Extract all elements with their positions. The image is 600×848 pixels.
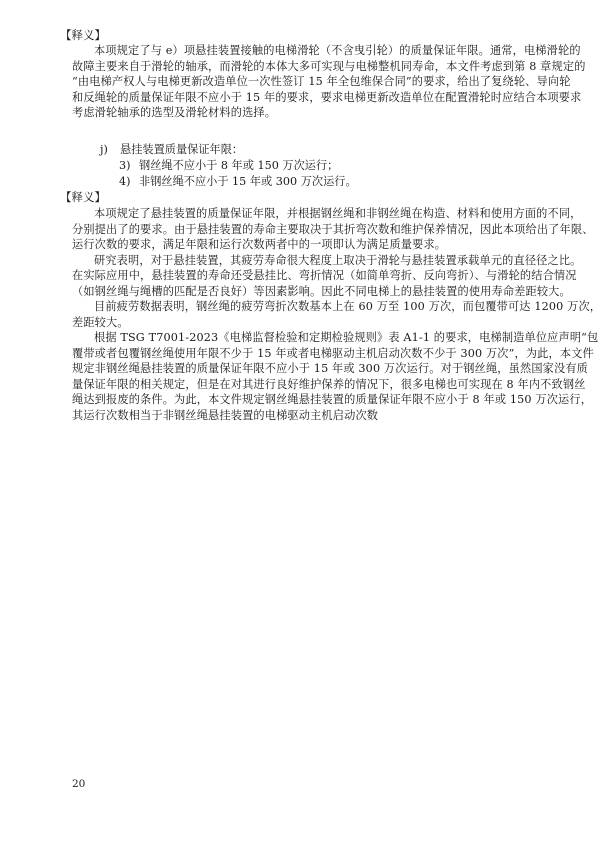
item-marker: 4) bbox=[119, 174, 139, 190]
paragraph-line: 和反绳轮的质量保证年限不应小于 15 年的要求，要求电梯更新改造单位在配置滑轮时… bbox=[72, 90, 540, 106]
paragraph-line: 其运行次数相当于非钢丝绳悬挂装置的电梯驱动主机启动次数 bbox=[72, 408, 540, 424]
document-page: 【释义】 本项规定了与 e）项悬挂装置接触的电梯滑轮（不含曳引轮）的质量保证年限… bbox=[0, 0, 600, 848]
paragraph-line: 根据 TSG T7001-2023《电梯监督检验和定期检验规则》表 A1-1 的… bbox=[72, 330, 540, 346]
paragraph-line: 规定非钢丝绳悬挂装置的质量保证年限不应小于 15 年或 300 万次运行。对于钢… bbox=[72, 361, 540, 377]
clause-marker: j) bbox=[100, 142, 120, 158]
paragraph-line: 研究表明，对于悬挂装置，其疲劳寿命很大程度上取决于滑轮与悬挂装置承载单元的直径径… bbox=[72, 253, 540, 269]
paragraph-line: “由电梯产权人与电梯更新改造单位一次性签订 15 年全包维保合同”的要求，给出了… bbox=[72, 74, 540, 90]
explanation-heading-1: 【释义】 bbox=[60, 28, 106, 44]
paragraph-line: 故障主要来自于滑轮的轴承，而滑轮的本体大多可实现与电梯整机同寿命，本文件考虑到第… bbox=[72, 59, 540, 75]
paragraph-line: 本项规定了与 e）项悬挂装置接触的电梯滑轮（不含曳引轮）的质量保证年限。通常，电… bbox=[72, 43, 540, 59]
paragraph-line: 覆带或者包覆钢丝绳使用年限不少于 15 年或者电梯驱动主机启动次数不少于 300… bbox=[72, 346, 540, 362]
paragraph-line: 分别提出了的要求。由于悬挂装置的寿命主要取决于其折弯次数和维护保养情况，因此本项… bbox=[72, 222, 540, 238]
paragraph-line: 运行次数的要求，满足年限和运行次数两者中的一项即认为满足质量要求。 bbox=[72, 237, 540, 253]
paragraph-line: 绳达到报废的条件。为此，本文件规定钢丝绳悬挂装置的质量保证年限不应小于 8 年或… bbox=[72, 392, 540, 408]
clause-item: 4)非钢丝绳不应小于 15 年或 300 万次运行。 bbox=[119, 174, 357, 190]
page-number: 20 bbox=[72, 778, 85, 790]
item-marker: 3) bbox=[119, 158, 139, 174]
item-text: 非钢丝绳不应小于 15 年或 300 万次运行。 bbox=[139, 175, 357, 188]
paragraph-line: （如钢丝绳与绳槽的匹配是否良好）等因素影响。因此不同电梯上的悬挂装置的使用寿命差… bbox=[72, 284, 540, 300]
paragraph-line: 差距较大。 bbox=[72, 315, 540, 331]
paragraph-line: 考虑滑轮轴承的选型及滑轮材料的选择。 bbox=[72, 105, 540, 121]
clause-title: 悬挂装置质量保证年限： bbox=[120, 143, 243, 156]
paragraph-line: 在实际应用中，悬挂装置的寿命还受悬挂比、弯折情况（如简单弯折、反向弯折）、与滑轮… bbox=[72, 268, 540, 284]
paragraph-line: 本项规定了悬挂装置的质量保证年限，并根据钢丝绳和非钢丝绳在构造、材料和使用方面的… bbox=[72, 206, 540, 222]
item-text: 钢丝绳不应小于 8 年或 150 万次运行； bbox=[139, 159, 338, 172]
explanation-heading-2: 【释义】 bbox=[60, 190, 106, 206]
clause-item: 3)钢丝绳不应小于 8 年或 150 万次运行； bbox=[119, 158, 338, 174]
paragraph-line: 量保证年限的相关规定，但是在对其进行良好维护保养的情况下，很多电梯也可实现在 8… bbox=[72, 377, 540, 393]
clause-j: j)悬挂装置质量保证年限： bbox=[100, 142, 243, 158]
paragraph-line: 目前疲劳数据表明，钢丝绳的疲劳弯折次数基本上在 60 万至 100 万次，而包覆… bbox=[72, 299, 540, 315]
